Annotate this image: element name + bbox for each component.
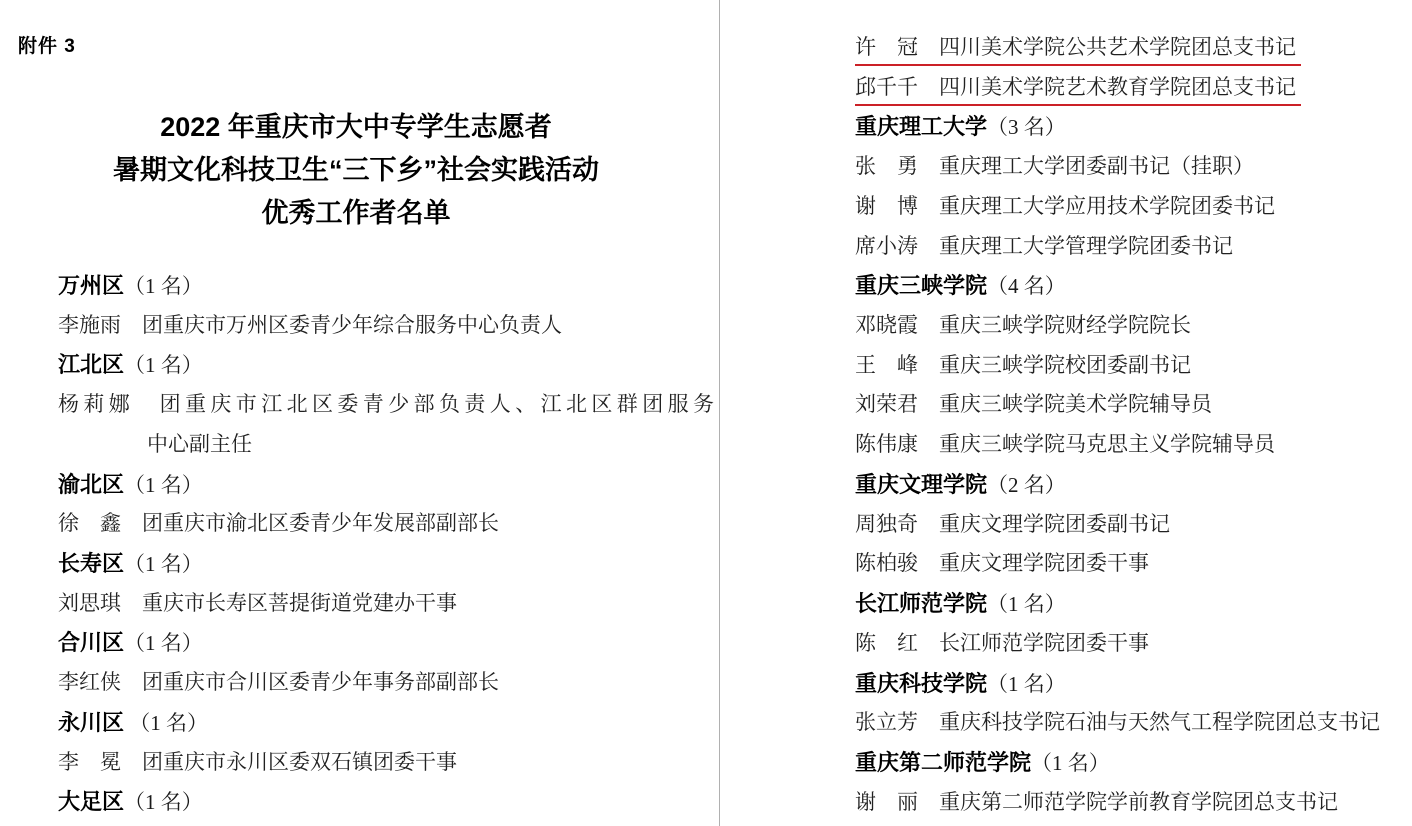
- list-entry-row: 张 勇 重庆理工大学团委副书记（挂职）: [855, 147, 1412, 187]
- document-title-line-1: 2022 年重庆市大中专学生志愿者: [0, 106, 712, 149]
- section-heading-row: 重庆科技学院（1 名）: [855, 664, 1412, 704]
- entry-text: 中心副主任: [147, 428, 252, 458]
- heading-count: （1 名）: [987, 592, 1066, 616]
- section-heading-row: 重庆三峡学院（4 名）: [855, 266, 1412, 306]
- list-entry-row: 杨莉娜 团重庆市江北区委青少部负责人、江北区群团服务: [58, 385, 713, 425]
- entry-text: 陈 红 长江师范学院团委干事: [855, 627, 1149, 657]
- list-entry-row: 王 峰 重庆三峡学院校团委副书记: [855, 346, 1412, 386]
- heading-name: 重庆第二师范学院: [855, 750, 1031, 775]
- entry-text: 刘思琪 重庆市长寿区菩提街道党建办干事: [58, 587, 457, 617]
- heading-count: （1 名）: [124, 711, 208, 735]
- list-entry-row: 李红侠 团重庆市合川区委青少年事务部副部长: [58, 663, 713, 703]
- section-heading-row: 长江师范学院（1 名）: [855, 584, 1412, 624]
- heading-count: （3 名）: [987, 115, 1066, 139]
- heading-count: （1 名）: [124, 552, 203, 576]
- entry-text: 李施雨 团重庆市万州区委青少年综合服务中心负责人: [58, 309, 562, 339]
- document-page: 附件 3 2022 年重庆市大中专学生志愿者 暑期文化科技卫生“三下乡”社会实践…: [0, 0, 1412, 826]
- section-heading-row: 渝北区（1 名）: [58, 465, 713, 505]
- attachment-label: 附件 3: [18, 31, 76, 58]
- section-heading-row: 永川区 （1 名）: [58, 703, 713, 743]
- heading-name: 永川区: [58, 710, 124, 735]
- section-heading-row: 万州区（1 名）: [58, 266, 713, 306]
- document-title-line-3: 优秀工作者名单: [0, 192, 712, 235]
- list-entry-row: 陈伟康 重庆三峡学院马克思主义学院辅导员: [855, 425, 1412, 465]
- heading-name: 长江师范学院: [855, 591, 987, 616]
- heading-count: （4 名）: [987, 274, 1066, 298]
- heading-count: （1 名）: [124, 274, 203, 298]
- section-heading-row: 江北区（1 名）: [58, 345, 713, 385]
- heading-name: 万州区: [58, 273, 124, 298]
- entry-text: 张 勇 重庆理工大学团委副书记（挂职）: [855, 150, 1254, 180]
- entry-continuation-row: 中心副主任: [58, 425, 713, 465]
- list-entry-row: 邱千千 四川美术学院艺术教育学院团总支书记: [855, 68, 1412, 108]
- heading-name: 重庆理工大学: [855, 114, 987, 139]
- entry-text: 邓晓霞 重庆三峡学院财经学院院长: [855, 309, 1191, 339]
- page-divider: [719, 0, 720, 826]
- list-entry-row: 许 冠 四川美术学院公共艺术学院团总支书记: [855, 28, 1412, 68]
- heading-name: 大足区: [58, 789, 124, 814]
- list-entry-row: 徐 鑫 团重庆市渝北区委青少年发展部副部长: [58, 504, 713, 544]
- section-heading-row: 重庆第二师范学院（1 名）: [855, 743, 1412, 783]
- section-heading-row: 大足区（1 名）: [58, 782, 713, 822]
- entry-text: 陈伟康 重庆三峡学院马克思主义学院辅导员: [855, 428, 1275, 458]
- list-entry-row: 席小涛 重庆理工大学管理学院团委书记: [855, 227, 1412, 267]
- entry-text: 李红侠 团重庆市合川区委青少年事务部副部长: [58, 666, 499, 696]
- entry-text-red-underlined: 邱千千 四川美术学院艺术教育学院团总支书记: [855, 71, 1301, 106]
- entry-text-red-underlined: 许 冠 四川美术学院公共艺术学院团总支书记: [855, 31, 1301, 66]
- list-entry-row: 李施雨 团重庆市万州区委青少年综合服务中心负责人: [58, 306, 713, 346]
- section-heading-row: 重庆理工大学（3 名）: [855, 107, 1412, 147]
- heading-count: （2 名）: [987, 473, 1066, 497]
- left-page-name-list: 万州区（1 名）李施雨 团重庆市万州区委青少年综合服务中心负责人江北区（1 名）…: [58, 266, 713, 822]
- heading-name: 重庆科技学院: [855, 671, 987, 696]
- list-entry-row: 刘荣君 重庆三峡学院美术学院辅导员: [855, 385, 1412, 425]
- section-heading-row: 合川区（1 名）: [58, 623, 713, 663]
- list-entry-row: 陈柏骏 重庆文理学院团委干事: [855, 544, 1412, 584]
- heading-count: （1 名）: [124, 631, 203, 655]
- list-entry-row: 李 冕 团重庆市永川区委双石镇团委干事: [58, 743, 713, 783]
- section-heading-row: 重庆文理学院（2 名）: [855, 465, 1412, 505]
- document-title-line-2: 暑期文化科技卫生“三下乡”社会实践活动: [0, 149, 712, 192]
- entry-text: 李 冕 团重庆市永川区委双石镇团委干事: [58, 746, 457, 776]
- heading-name: 重庆三峡学院: [855, 273, 987, 298]
- section-heading-row: 长寿区（1 名）: [58, 544, 713, 584]
- entry-text: 徐 鑫 团重庆市渝北区委青少年发展部副部长: [58, 507, 499, 537]
- entry-text: 周独奇 重庆文理学院团委副书记: [855, 508, 1170, 538]
- heading-name: 渝北区: [58, 472, 124, 497]
- document-title: 2022 年重庆市大中专学生志愿者 暑期文化科技卫生“三下乡”社会实践活动 优秀…: [0, 106, 712, 235]
- heading-name: 长寿区: [58, 551, 124, 576]
- list-entry-row: 周独奇 重庆文理学院团委副书记: [855, 505, 1412, 545]
- heading-count: （1 名）: [1031, 751, 1110, 775]
- heading-count: （1 名）: [987, 672, 1066, 696]
- heading-name: 重庆文理学院: [855, 472, 987, 497]
- entry-text: 谢 博 重庆理工大学应用技术学院团委书记: [855, 190, 1275, 220]
- list-entry-row: 陈 红 长江师范学院团委干事: [855, 624, 1412, 664]
- right-page-name-list: 许 冠 四川美术学院公共艺术学院团总支书记邱千千 四川美术学院艺术教育学院团总支…: [855, 28, 1412, 822]
- heading-count: （1 名）: [124, 473, 203, 497]
- heading-name: 合川区: [58, 630, 124, 655]
- entry-text: 王 峰 重庆三峡学院校团委副书记: [855, 349, 1191, 379]
- list-entry-row: 张立芳 重庆科技学院石油与天然气工程学院团总支书记: [855, 703, 1412, 743]
- entry-text: 席小涛 重庆理工大学管理学院团委书记: [855, 230, 1233, 260]
- list-entry-row: 刘思琪 重庆市长寿区菩提街道党建办干事: [58, 584, 713, 624]
- list-entry-row: 谢 博 重庆理工大学应用技术学院团委书记: [855, 187, 1412, 227]
- entry-text: 刘荣君 重庆三峡学院美术学院辅导员: [855, 388, 1212, 418]
- list-entry-row: 邓晓霞 重庆三峡学院财经学院院长: [855, 306, 1412, 346]
- heading-name: 江北区: [58, 352, 124, 377]
- entry-text: 陈柏骏 重庆文理学院团委干事: [855, 547, 1149, 577]
- entry-text: 张立芳 重庆科技学院石油与天然气工程学院团总支书记: [855, 706, 1380, 736]
- entry-text: 谢 丽 重庆第二师范学院学前教育学院团总支书记: [855, 786, 1338, 816]
- heading-count: （1 名）: [124, 353, 203, 377]
- entry-text: 杨莉娜 团重庆市江北区委青少部负责人、江北区群团服务: [58, 388, 718, 418]
- heading-count: （1 名）: [124, 790, 203, 814]
- list-entry-row: 谢 丽 重庆第二师范学院学前教育学院团总支书记: [855, 783, 1412, 823]
